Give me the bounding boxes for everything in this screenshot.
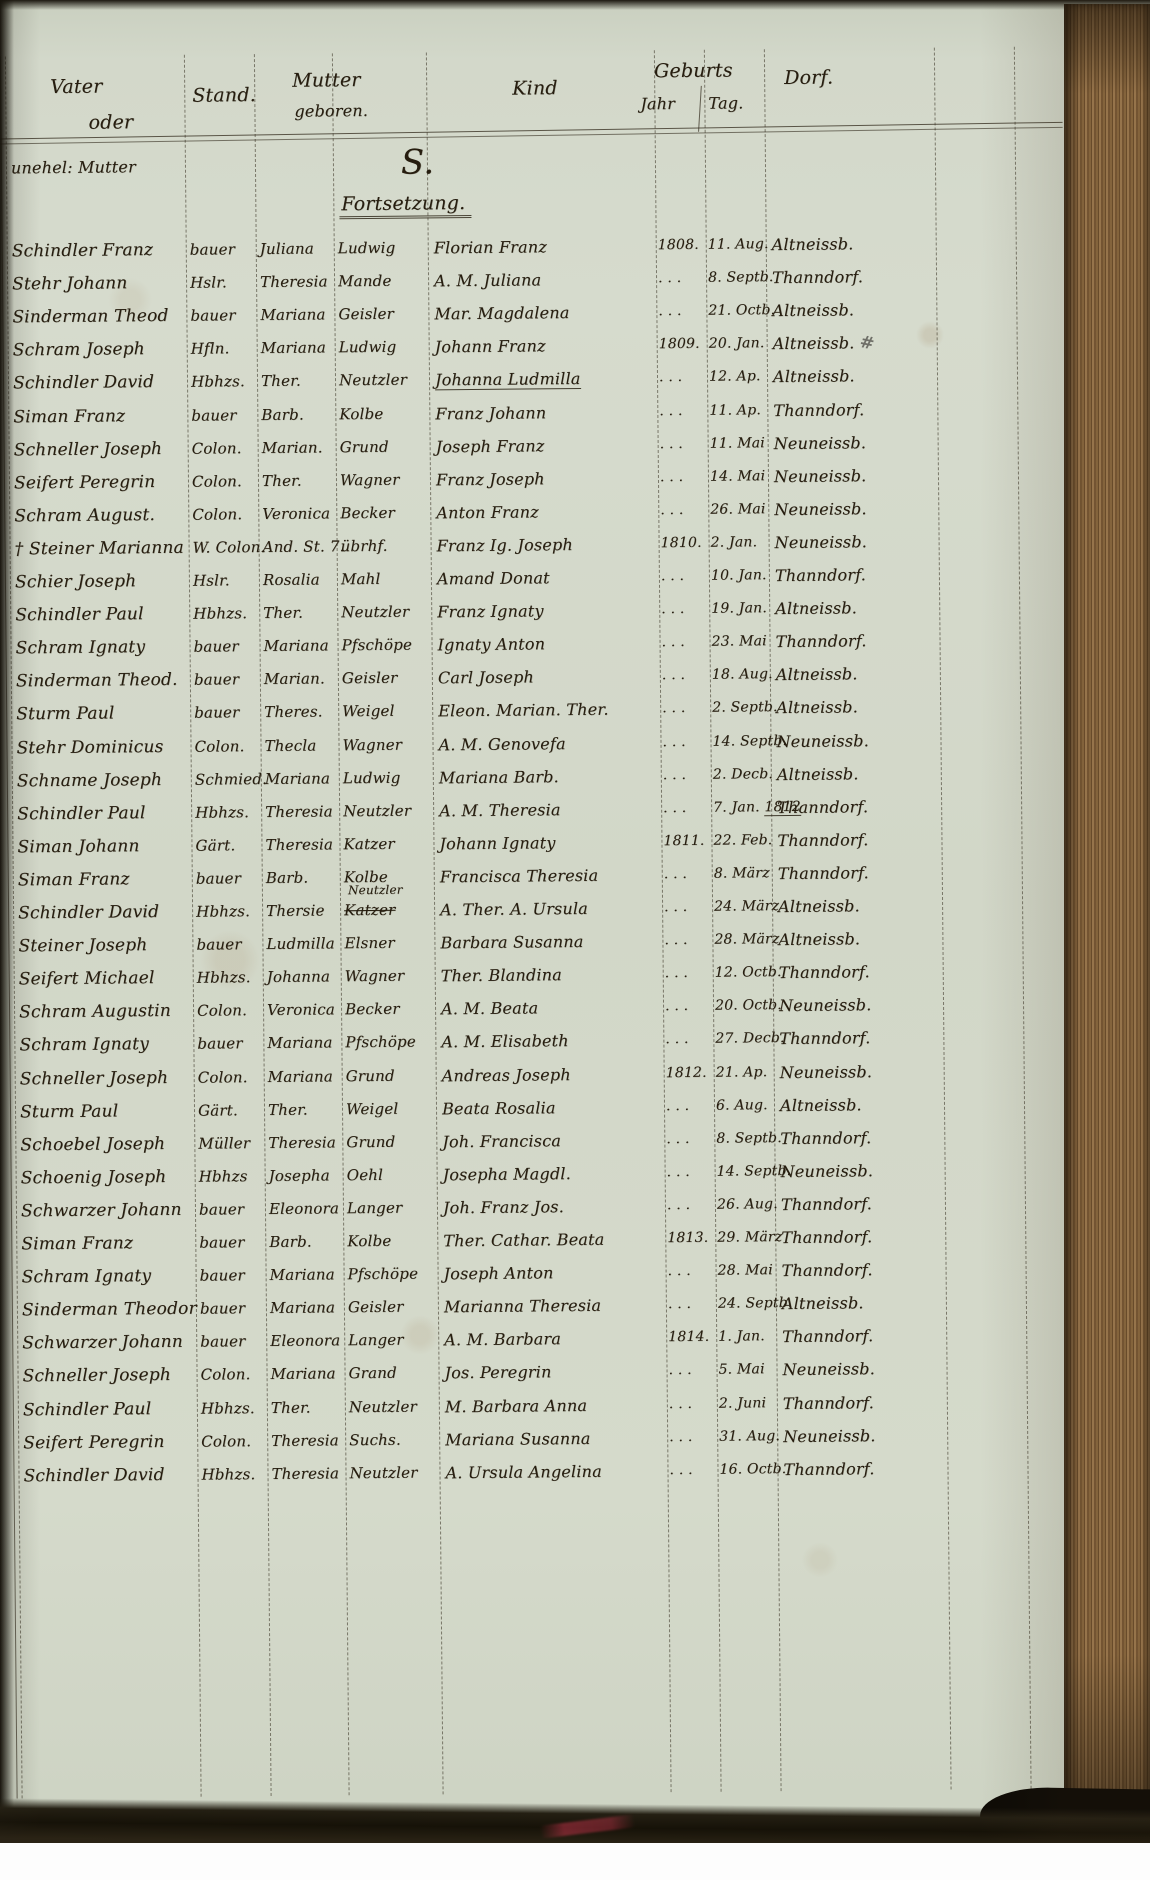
cell-stand: bauer — [199, 1193, 263, 1227]
cell-village: Neuneissb. — [783, 1418, 953, 1453]
cell-stand: bauer — [194, 663, 258, 697]
cell-year: . . . — [664, 891, 710, 924]
header-rule — [0, 122, 1063, 145]
cell-mother2: Ludwig — [343, 761, 431, 795]
cell-village: Thanndorf. — [773, 392, 943, 427]
cell-mother1: Juliana — [260, 232, 332, 266]
cell-year: . . . — [664, 858, 710, 891]
register-row: Sturm PaulbauerTheres.WeigelEleon. Maria… — [0, 688, 1148, 732]
cell-day: 8. März — [714, 857, 770, 891]
cell-year: . . . — [667, 1255, 713, 1288]
register-row: Sinderman TheodbauerMarianaGeislerMar. M… — [0, 291, 1145, 335]
cell-stand: bauer — [196, 928, 260, 962]
cell-mother1: Johanna — [267, 961, 339, 995]
cell-stand: Colon. — [198, 1061, 262, 1095]
cell-mother1: Eleonora — [269, 1192, 341, 1226]
register-row: Schram JosephHfln.MarianaLudwigJohann Fr… — [0, 324, 1145, 368]
cell-year: 1813. — [667, 1222, 713, 1255]
red-stamp-mark — [540, 1814, 636, 1838]
cell-day: 2. Septb. — [712, 692, 768, 726]
header-mother-nee: geboren. — [294, 101, 368, 121]
register-row: Seifert MichaelHbhzs.JohannaWagnerTher. … — [1, 953, 1150, 997]
cell-village: Thanndorf. — [779, 955, 949, 990]
cell-stand: bauer — [199, 1226, 263, 1260]
cell-father: Schoebel Joseph — [20, 1127, 192, 1162]
cell-child: Marianna Theresia — [444, 1288, 664, 1323]
cell-year: 1812. — [666, 1056, 712, 1089]
register-row: Schindler DavidHbhzs.Ther.NeutzlerJohann… — [0, 357, 1145, 401]
section-letter: S. — [401, 142, 435, 182]
cell-mother2: Mande — [338, 265, 426, 299]
cell-mother2: Suchs. — [349, 1423, 437, 1457]
cell-year: . . . — [665, 1023, 711, 1056]
cell-father: Seifert Peregrin — [14, 465, 186, 500]
register-row: Schindler DavidHbhzs.TheresiaNeutzlerA. … — [5, 1449, 1150, 1493]
cell-mother1: Mariana — [269, 1258, 341, 1292]
cell-stand: Hbhzs. — [195, 796, 259, 830]
cell-year: . . . — [659, 394, 705, 427]
cell-child: Mariana Susanna — [445, 1421, 665, 1456]
cell-village: Altneissb. — [776, 657, 946, 692]
cell-year: . . . — [660, 460, 706, 493]
header-unmarried-mother: unehel: Mutter — [11, 157, 136, 177]
cell-village: Thanndorf. — [781, 1253, 951, 1288]
register-row: Schoenig JosephHbhzsJosephaOehlJosepha M… — [3, 1151, 1150, 1195]
cell-child: Josepha Magdl. — [442, 1156, 662, 1191]
cell-day: 2. Juni — [719, 1387, 775, 1421]
section-title: Fortsetzung. — [339, 192, 471, 219]
header-father-or: oder — [88, 111, 133, 133]
header-father: Vater — [50, 76, 102, 99]
cell-mother1: Theresia — [271, 1457, 343, 1491]
cell-stand: W. Colon. — [192, 531, 256, 565]
cell-mother2: Geisler — [348, 1291, 436, 1325]
cell-day: 23. Mai — [711, 625, 767, 659]
cell-stand: bauer — [196, 862, 260, 896]
cell-child: A. M. Juliana — [434, 262, 654, 297]
cell-child: Andreas Joseph — [442, 1057, 662, 1092]
cell-father: Schram Augustin — [19, 995, 191, 1030]
register-row: Schindler PaulHbhzs.Ther.NeutzlerFranz I… — [0, 589, 1147, 633]
cell-child: Ignaty Anton — [437, 626, 657, 661]
cell-child: Anton Franz — [436, 494, 656, 529]
cell-village: Altneissb. — [772, 227, 942, 262]
cell-father: Sinderman Theodor — [22, 1293, 194, 1328]
cell-child: A. M. Barbara — [444, 1322, 664, 1357]
scanner-background — [0, 1843, 1150, 1880]
cell-mother1: Thecla — [264, 729, 336, 763]
cell-mother2: Kolbe — [339, 397, 427, 431]
cell-child: Franz Ignaty — [437, 593, 657, 628]
cell-child: A. M. Beata — [441, 991, 661, 1026]
cell-village: Neuneissb. — [780, 1054, 950, 1089]
cell-year: 1810. — [660, 527, 706, 560]
cell-year: . . . — [664, 924, 710, 957]
cell-mother2: Pfschöpe — [347, 1258, 435, 1292]
cell-stand: bauer — [197, 1027, 261, 1061]
cell-mother2: Weigel — [346, 1092, 434, 1126]
header-birth: Geburts — [654, 60, 733, 83]
cell-day: 16. Octb. — [719, 1453, 775, 1487]
header-birth-year: Jahr — [640, 94, 675, 113]
cell-day: 12. Octb. — [715, 956, 771, 990]
cell-day: 11. Ap. — [709, 394, 765, 428]
cell-mother1: Barb. — [266, 861, 338, 895]
cell-mother2: Geisler — [338, 298, 426, 332]
cell-stand: Schmied. — [195, 763, 259, 797]
cell-father: Schram August. — [14, 499, 186, 534]
register-row: Schram AugustinColon.VeronicaBeckerA. M.… — [1, 986, 1150, 1030]
cell-mother1: Theresia — [265, 795, 337, 829]
pencil-mark: # — [857, 326, 878, 361]
cell-village: Thanndorf. — [775, 557, 945, 592]
register-row: Schram IgnatybauerMarianaPfschöpeJoseph … — [3, 1251, 1150, 1295]
cell-father: Schindler David — [18, 896, 190, 931]
cell-mother1: Veronica — [267, 994, 339, 1028]
cell-mother2: Neutzler — [349, 1390, 437, 1424]
cell-mother2: Geisler — [342, 662, 430, 696]
register-row: Schneller JosephColon.Marian.GrundJoseph… — [0, 423, 1146, 467]
cell-stand: Hbhzs — [199, 1160, 263, 1194]
cell-village: Neuneissb. — [780, 1153, 950, 1188]
cell-day: 2. Jan. — [710, 526, 766, 560]
cell-day: 12. Ap. — [709, 361, 765, 395]
column-rule — [426, 52, 444, 1794]
cell-father: † Steiner Marianna — [14, 532, 186, 567]
register-row: Stehr JohannHslr.TheresiaMandeA. M. Juli… — [0, 258, 1144, 302]
cell-year: . . . — [659, 361, 705, 394]
register-row: Schwarzer JohannbauerEleonoraLangerJoh. … — [3, 1184, 1150, 1228]
cell-mother2: Neutzler — [339, 364, 427, 398]
book-top-edge — [0, 0, 1150, 10]
cell-village: Neuneissb. — [774, 491, 944, 526]
cell-day: 28. März — [714, 923, 770, 957]
cell-mother1: Josepha — [269, 1159, 341, 1193]
cell-father: Schwarzer Johann — [21, 1194, 193, 1229]
cell-child: Joh. Francisca — [442, 1123, 662, 1158]
register-row: Sinderman Theod.bauerMarian.GeislerCarl … — [0, 655, 1148, 699]
cell-child: Amand Donat — [437, 560, 657, 595]
cell-day: 19. Jan. — [711, 592, 767, 626]
cell-village: Thanndorf. — [777, 822, 947, 857]
cell-stand: Hbhzs. — [196, 895, 260, 929]
column-rule — [764, 49, 782, 1791]
header-birth-day: Tag. — [708, 93, 743, 112]
cell-mother1: And. St. 7. — [262, 530, 334, 564]
column-rule — [1014, 47, 1032, 1789]
cell-father: Stehr Dominicus — [16, 730, 188, 765]
register-row: Schindler FranzbauerJulianaLudwigFlorian… — [0, 225, 1144, 269]
cell-village: Altneissb. — [782, 1286, 952, 1321]
register-row: Sturm PaulGärt.Ther.WeigelBeata Rosalia.… — [2, 1085, 1150, 1129]
cell-year: 1808. — [658, 229, 704, 262]
cell-mother2: Mahl — [341, 562, 429, 596]
cell-mother1: Theresia — [265, 828, 337, 862]
cell-village: Neuneissb. — [773, 425, 943, 460]
cell-mother2: Grund — [346, 1059, 434, 1093]
column-rule — [332, 53, 350, 1795]
cell-village: Neuneissb. — [779, 988, 949, 1023]
cell-village: Thanndorf. — [778, 855, 948, 890]
cell-village: Neuneissb. — [774, 458, 944, 493]
cell-village: Thanndorf. — [783, 1385, 953, 1420]
cell-mother2: Weigel — [342, 695, 430, 729]
cell-father: Schindler Paul — [15, 598, 187, 633]
cell-day: 6. Aug. — [716, 1089, 772, 1123]
cell-father: Siman Franz — [13, 399, 185, 434]
cell-child: Joseph Anton — [443, 1255, 663, 1290]
cell-village: Altneissb. — [780, 1087, 950, 1122]
register-row: Siman JohannGärt.TheresiaKatzerJohann Ig… — [0, 820, 1150, 864]
cell-stand: Hbhzs. — [193, 597, 257, 631]
cell-day: 2. Decb. — [713, 758, 769, 792]
cell-day: 29. März — [717, 1221, 773, 1255]
register-row: Schname JosephSchmied.MarianaLudwigMaria… — [0, 754, 1149, 798]
cell-child: Franz Joseph — [436, 461, 656, 496]
cell-day: 26. Aug. — [717, 1188, 773, 1222]
cell-stand: Colon. — [200, 1358, 264, 1392]
cell-mother2: Pfschöpe — [345, 1026, 433, 1060]
column-rule — [0, 57, 18, 1799]
cell-mother1: Marian. — [264, 663, 336, 697]
cell-day: 20. Jan. — [709, 328, 765, 362]
cell-child: Mar. Magdalena — [434, 295, 654, 330]
cell-stand: Hfln. — [191, 332, 255, 366]
book-fore-edge — [1064, 4, 1150, 1850]
cell-father: Schram Ignaty — [21, 1260, 193, 1295]
cell-year: . . . — [662, 725, 708, 758]
cell-child: Barbara Susanna — [440, 924, 660, 959]
cell-father: Seifert Michael — [19, 962, 191, 997]
cell-village: Neuneissb. — [782, 1352, 952, 1387]
cell-stand: Hbhzs. — [201, 1392, 265, 1426]
cell-mother1: Barb. — [261, 398, 333, 432]
cell-day: 24. Septb. — [718, 1287, 774, 1321]
cell-year: . . . — [665, 990, 711, 1023]
cell-mother1: Ther. — [268, 1093, 340, 1127]
cell-stand: Colon. — [192, 465, 256, 499]
cell-stand: Gärt. — [195, 829, 259, 863]
cell-village: Altneissb. — [773, 359, 943, 394]
cell-day: 21. Ap. — [716, 1056, 772, 1090]
cell-stand: Colon. — [197, 994, 261, 1028]
cell-child: M. Barbara Anna — [445, 1388, 665, 1423]
cell-village: Neuneissb. — [776, 723, 946, 758]
cell-stand: Hslr. — [193, 564, 257, 598]
column-rule — [704, 50, 722, 1792]
cell-mother1: Veronica — [262, 497, 334, 531]
register-row: Schoebel JosephMüllerTheresiaGrundJoh. F… — [2, 1118, 1150, 1162]
cell-child: A. M. Elisabeth — [441, 1024, 661, 1059]
register-row: Steiner JosephbauerLudmillaElsnerBarbara… — [0, 920, 1150, 964]
cell-village: Thanndorf. — [777, 789, 947, 824]
cell-mother1: Ther. — [262, 464, 334, 498]
cell-stand: Colon. — [194, 730, 258, 764]
cell-year: . . . — [662, 659, 708, 692]
cell-child: Eleon. Marian. Ther. — [438, 693, 658, 728]
cell-mother2: Ludwig — [339, 331, 427, 365]
cell-child: A. Ursula Angelina — [445, 1454, 665, 1489]
cell-stand: Colon. — [192, 498, 256, 532]
register-row: Schindler PaulHbhzs.Ther.NeutzlerM. Barb… — [5, 1383, 1150, 1427]
cell-day: 11. Aug. — [708, 228, 764, 262]
cell-day: 26. Mai — [710, 493, 766, 527]
cell-year: . . . — [660, 494, 706, 527]
column-rule — [5, 56, 23, 1798]
cell-child: Beata Rosalia — [442, 1090, 662, 1125]
page-content: Vater oder unehel: Mutter Stand. Mutter … — [0, 0, 1150, 1821]
cell-father: Sturm Paul — [20, 1094, 192, 1129]
cell-year: . . . — [668, 1354, 714, 1387]
cell-father: Schram Ignaty — [15, 631, 187, 666]
cell-mother1: Theresia — [271, 1424, 343, 1458]
cell-father: Siman Franz — [18, 863, 190, 898]
cell-child: A. M. Genovefa — [438, 726, 658, 761]
cell-child: A. Ther. A. Ursula — [440, 891, 660, 926]
cell-year: . . . — [666, 1122, 712, 1155]
cell-mother1: Mariana — [267, 1027, 339, 1061]
cell-stand: bauer — [190, 233, 254, 267]
cell-year: 1814. — [668, 1321, 714, 1354]
cell-year: . . . — [661, 560, 707, 593]
cell-father: Schneller Joseph — [22, 1359, 194, 1394]
register-row: Schneller JosephColon.MarianaGrandJos. P… — [4, 1350, 1150, 1394]
cell-father: Schoenig Joseph — [21, 1161, 193, 1196]
register-row: Seifert PeregrinColon.TheresiaSuchs.Mari… — [5, 1416, 1150, 1460]
cell-father: Schindler David — [23, 1458, 195, 1493]
cell-day: 14. Septb. — [716, 1155, 772, 1189]
cell-mother2: Neutzler — [343, 794, 431, 828]
cell-stand: bauer — [200, 1325, 264, 1359]
cell-day: 24. März — [714, 890, 770, 924]
cell-mother2: Wagner — [345, 960, 433, 994]
cell-mother2: Kolbe — [347, 1224, 435, 1258]
cell-mother2: Becker — [345, 993, 433, 1027]
cell-village: Altneissb. — [778, 922, 948, 957]
cell-year: . . . — [665, 957, 711, 990]
cell-stand: bauer — [193, 630, 257, 664]
cell-stand: Hbhzs. — [191, 365, 255, 399]
cell-father: Steiner Joseph — [18, 929, 190, 964]
cell-mother1: Mariana — [270, 1292, 342, 1326]
cell-mother2: NeutzlerKatzer — [344, 893, 432, 927]
cell-year: 1809. — [659, 328, 705, 361]
cell-village: Thanndorf. — [782, 1319, 952, 1354]
cell-mother1: Ludmilla — [266, 927, 338, 961]
register-row: Schindler DavidHbhzs.ThersieNeutzlerKatz… — [0, 887, 1150, 931]
cell-year: . . . — [661, 593, 707, 626]
cell-day: 18. Aug. — [712, 658, 768, 692]
cell-mother1: Theresia — [268, 1126, 340, 1160]
cell-father: Schindler Paul — [23, 1392, 195, 1427]
book-binding-edge — [0, 0, 14, 1845]
register-row: Schneller JosephColon.MarianaGrundAndrea… — [2, 1052, 1150, 1096]
cell-year: . . . — [659, 427, 705, 460]
cell-year: 1811. — [663, 825, 709, 858]
cell-mother1: Mariana — [270, 1358, 342, 1392]
cell-day: 31. Aug. — [719, 1420, 775, 1454]
cell-year: . . . — [663, 791, 709, 824]
cell-mother2: Oehl — [346, 1158, 434, 1192]
cell-child: Franz Ig. Joseph — [436, 527, 656, 562]
cell-village: Thanndorf. — [781, 1186, 951, 1221]
column-rule — [184, 55, 202, 1797]
cell-village: Altneissb. — [772, 293, 942, 328]
register-row: Schram IgnatybauerMarianaPfschöpeIgnaty … — [0, 622, 1148, 666]
cell-stand: Müller — [198, 1127, 262, 1161]
cell-year: . . . — [669, 1420, 715, 1453]
cell-year: . . . — [668, 1288, 714, 1321]
cell-child: Carl Joseph — [438, 660, 658, 695]
cell-stand: Hbhzs. — [197, 961, 261, 995]
cell-village: Thanndorf. — [775, 624, 945, 659]
cell-child: Francisca Theresia — [440, 858, 660, 893]
cell-child: Joseph Franz — [436, 428, 656, 463]
cell-year: . . . — [669, 1387, 715, 1420]
cell-father: Schname Joseph — [17, 763, 189, 798]
register-row: Sinderman TheodorbauerMarianaGeislerMari… — [4, 1284, 1150, 1328]
cell-child: Johanna Ludmilla — [435, 362, 655, 397]
cell-village: Altneissb. # — [773, 326, 943, 362]
cell-mother2: Grund — [340, 430, 428, 464]
cell-day: 10. Jan. — [711, 559, 767, 593]
cell-mother1: Mariana — [268, 1060, 340, 1094]
cell-year: . . . — [658, 262, 704, 295]
cell-stand: Colon. — [201, 1425, 265, 1459]
cell-day: 1. Jan. — [718, 1320, 774, 1354]
cell-year: . . . — [663, 758, 709, 791]
cell-day: 5. Mai — [718, 1354, 774, 1388]
cell-mother2: übrhf. — [340, 529, 428, 563]
cell-father: Siman Johann — [17, 830, 189, 865]
cell-day: 8. Septb. — [708, 261, 764, 295]
register-rows: Schindler FranzbauerJulianaLudwigFlorian… — [0, 0, 1150, 1821]
register-row: Schram IgnatybauerMarianaPfschöpeA. M. E… — [1, 1019, 1150, 1063]
cell-father: Sturm Paul — [16, 697, 188, 732]
cell-mother2: Wagner — [342, 728, 430, 762]
birth-column-divider — [698, 86, 702, 132]
cell-stand: bauer — [194, 696, 258, 730]
register-row: Siman FranzbauerBarb.KolbeTher. Cathar. … — [3, 1218, 1150, 1262]
register-row: Siman FranzbauerBarb.KolbeFranz Johann. … — [0, 390, 1145, 434]
cell-mother1: Rosalia — [263, 563, 335, 597]
header-village: Dorf. — [784, 67, 833, 89]
cell-year: . . . — [669, 1453, 715, 1486]
cell-day: 22. Feb. — [713, 824, 769, 858]
cell-father: Siman Franz — [21, 1227, 193, 1262]
cell-day: 27. Decb. — [715, 1023, 771, 1057]
cell-year: . . . — [667, 1189, 713, 1222]
cell-mother1: Mariana — [260, 299, 332, 333]
cell-mother2: Kolbe — [344, 860, 432, 894]
cell-child: Mariana Barb. — [439, 759, 659, 794]
column-rule — [654, 50, 672, 1792]
cell-year: . . . — [662, 692, 708, 725]
cell-mother2: Ludwig — [338, 231, 426, 265]
cell-village: Altneissb. — [776, 690, 946, 725]
cell-father: Schram Ignaty — [19, 1028, 191, 1063]
cell-mother2: Katzer — [343, 827, 431, 861]
cell-mother1: Theresia — [260, 265, 332, 299]
cell-child: Franz Johann — [435, 395, 655, 430]
cell-mother1: Ther. — [263, 596, 335, 630]
register-page: Vater oder unehel: Mutter Stand. Mutter … — [0, 0, 1150, 1845]
cell-year: . . . — [666, 1089, 712, 1122]
cell-mother2: Elsner — [344, 927, 432, 961]
cell-mother2: Becker — [340, 496, 428, 530]
register-row: Schindler PaulHbhzs.TheresiaNeutzlerA. M… — [0, 787, 1149, 831]
cell-child: Johann Ignaty — [439, 825, 659, 860]
